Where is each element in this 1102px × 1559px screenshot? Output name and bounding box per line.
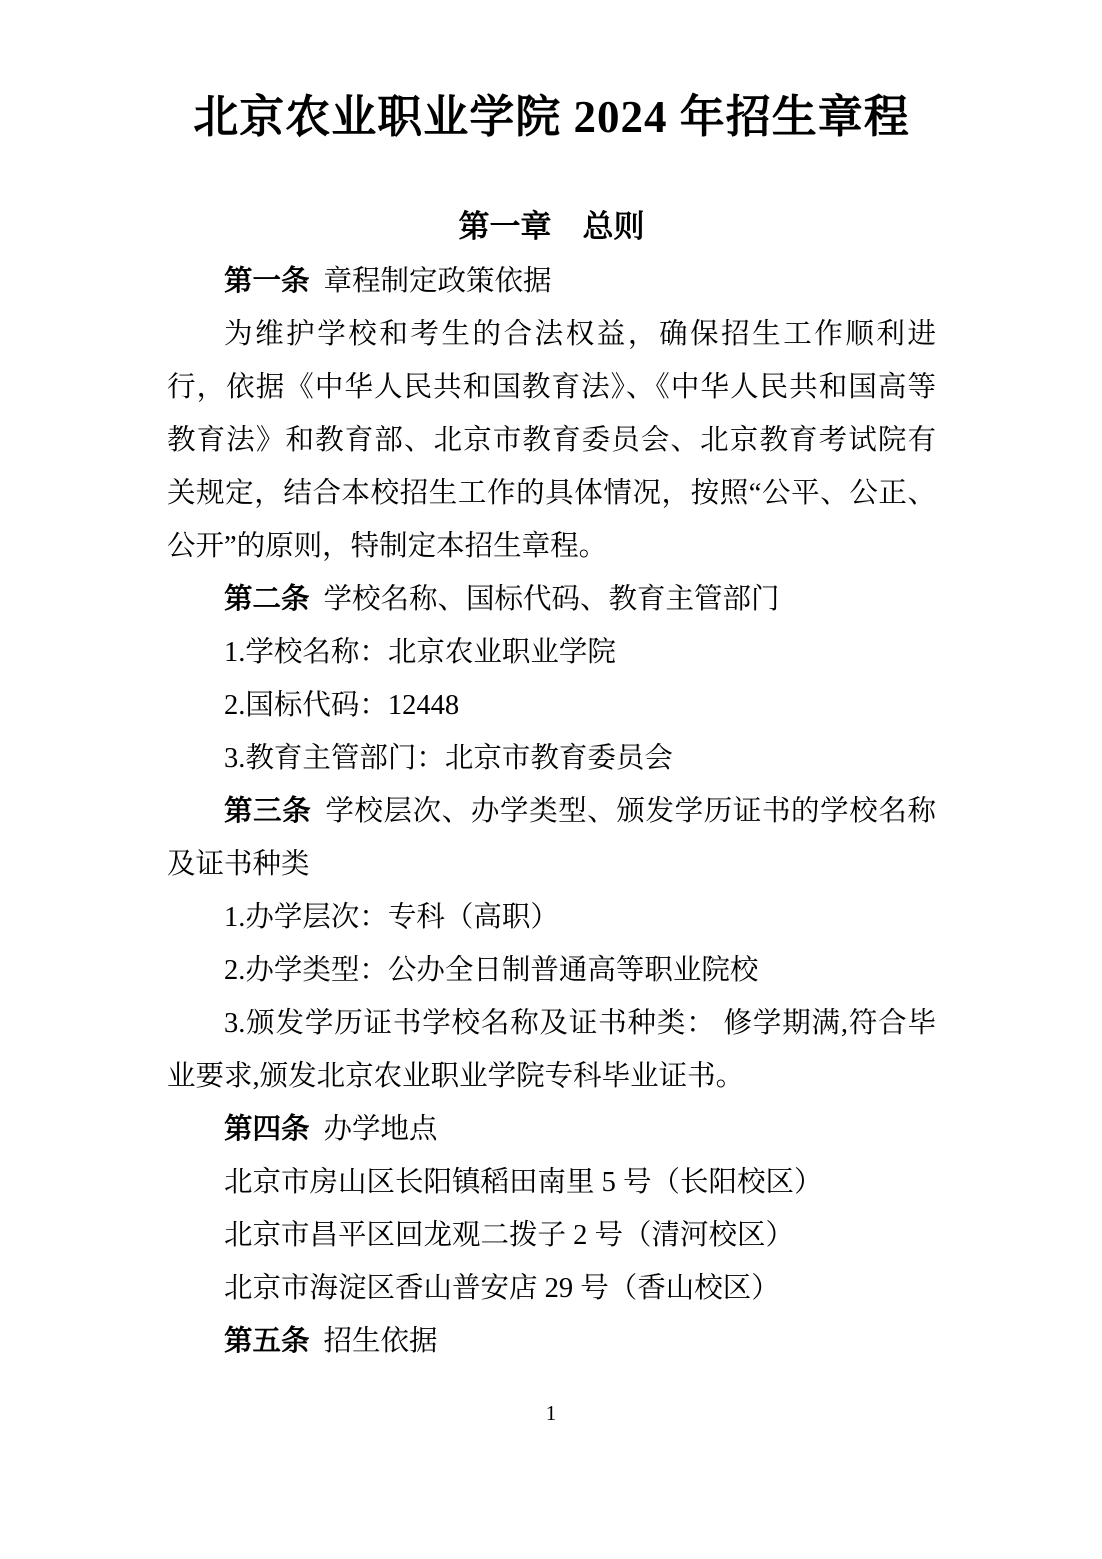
paragraph-text: 为维护学校和考生的合法权益，确保招生工作顺利进行，依据《中华人民共和国教育法》、… (167, 319, 936, 562)
document-body: 第一条章程制定政策依据 为维护学校和考生的合法权益，确保招生工作顺利进行，依据《… (167, 255, 936, 1368)
paragraph-text: 3.颁发学历证书学校名称及证书种类： 修学期满,符合毕业要求,颁发北京农业职业学… (167, 1008, 936, 1092)
paragraph: 为维护学校和考生的合法权益，确保招生工作顺利进行，依据《中华人民共和国教育法》、… (167, 308, 936, 573)
paragraph-text: 2.办学类型：公办全日制普通高等职业院校 (224, 955, 758, 986)
paragraph: 3.教育主管部门：北京市教育委员会 (167, 732, 936, 785)
paragraph-text: 北京市昌平区回龙观二拨子 2 号（清河校区） (224, 1220, 794, 1251)
paragraph-text: 章程制定政策依据 (324, 266, 552, 297)
article-number-label: 第一条 (224, 265, 310, 297)
paragraph: 北京市海淀区香山普安店 29 号（香山校区） (167, 1262, 936, 1315)
paragraph: 第四条办学地点 (167, 1103, 936, 1156)
article-number-label: 第二条 (224, 583, 310, 615)
paragraph: 第二条学校名称、国标代码、教育主管部门 (167, 573, 936, 626)
paragraph: 北京市房山区长阳镇稻田南里 5 号（长阳校区） (167, 1156, 936, 1209)
paragraph-text: 学校名称、国标代码、教育主管部门 (324, 584, 780, 615)
paragraph-text: 北京市海淀区香山普安店 29 号（香山校区） (224, 1273, 780, 1304)
article-number-label: 第五条 (224, 1325, 310, 1357)
page-number: 1 (0, 1400, 1102, 1426)
paragraph: 1.办学层次：专科（高职） (167, 891, 936, 944)
paragraph: 3.颁发学历证书学校名称及证书种类： 修学期满,符合毕业要求,颁发北京农业职业学… (167, 997, 936, 1103)
paragraph-text: 1.办学层次：专科（高职） (224, 902, 559, 933)
paragraph: 1.学校名称：北京农业职业学院 (167, 626, 936, 679)
article-number-label: 第四条 (224, 1113, 310, 1145)
paragraph-text: 办学地点 (324, 1114, 438, 1145)
paragraph: 第三条学校层次、办学类型、颁发学历证书的学校名称及证书种类 (167, 785, 936, 891)
paragraph-text: 1.学校名称：北京农业职业学院 (224, 637, 616, 668)
paragraph: 第一条章程制定政策依据 (167, 255, 936, 308)
document-title: 北京农业职业学院 2024 年招生章程 (167, 88, 936, 146)
paragraph: 北京市昌平区回龙观二拨子 2 号（清河校区） (167, 1209, 936, 1262)
document-content: 北京农业职业学院 2024 年招生章程 第一章 总则 第一条章程制定政策依据 为… (167, 0, 936, 1368)
paragraph-text: 北京市房山区长阳镇稻田南里 5 号（长阳校区） (224, 1167, 823, 1198)
article-number-label: 第三条 (224, 795, 311, 827)
paragraph-text: 2.国标代码：12448 (224, 690, 459, 721)
paragraph-text: 招生依据 (324, 1326, 438, 1357)
paragraph: 2.办学类型：公办全日制普通高等职业院校 (167, 944, 936, 997)
paragraph-text: 3.教育主管部门：北京市教育委员会 (224, 743, 673, 774)
document-page: 北京农业职业学院 2024 年招生章程 第一章 总则 第一条章程制定政策依据 为… (0, 0, 1102, 1559)
paragraph: 2.国标代码：12448 (167, 679, 936, 732)
chapter-heading: 第一章 总则 (167, 206, 936, 248)
paragraph: 第五条招生依据 (167, 1315, 936, 1368)
